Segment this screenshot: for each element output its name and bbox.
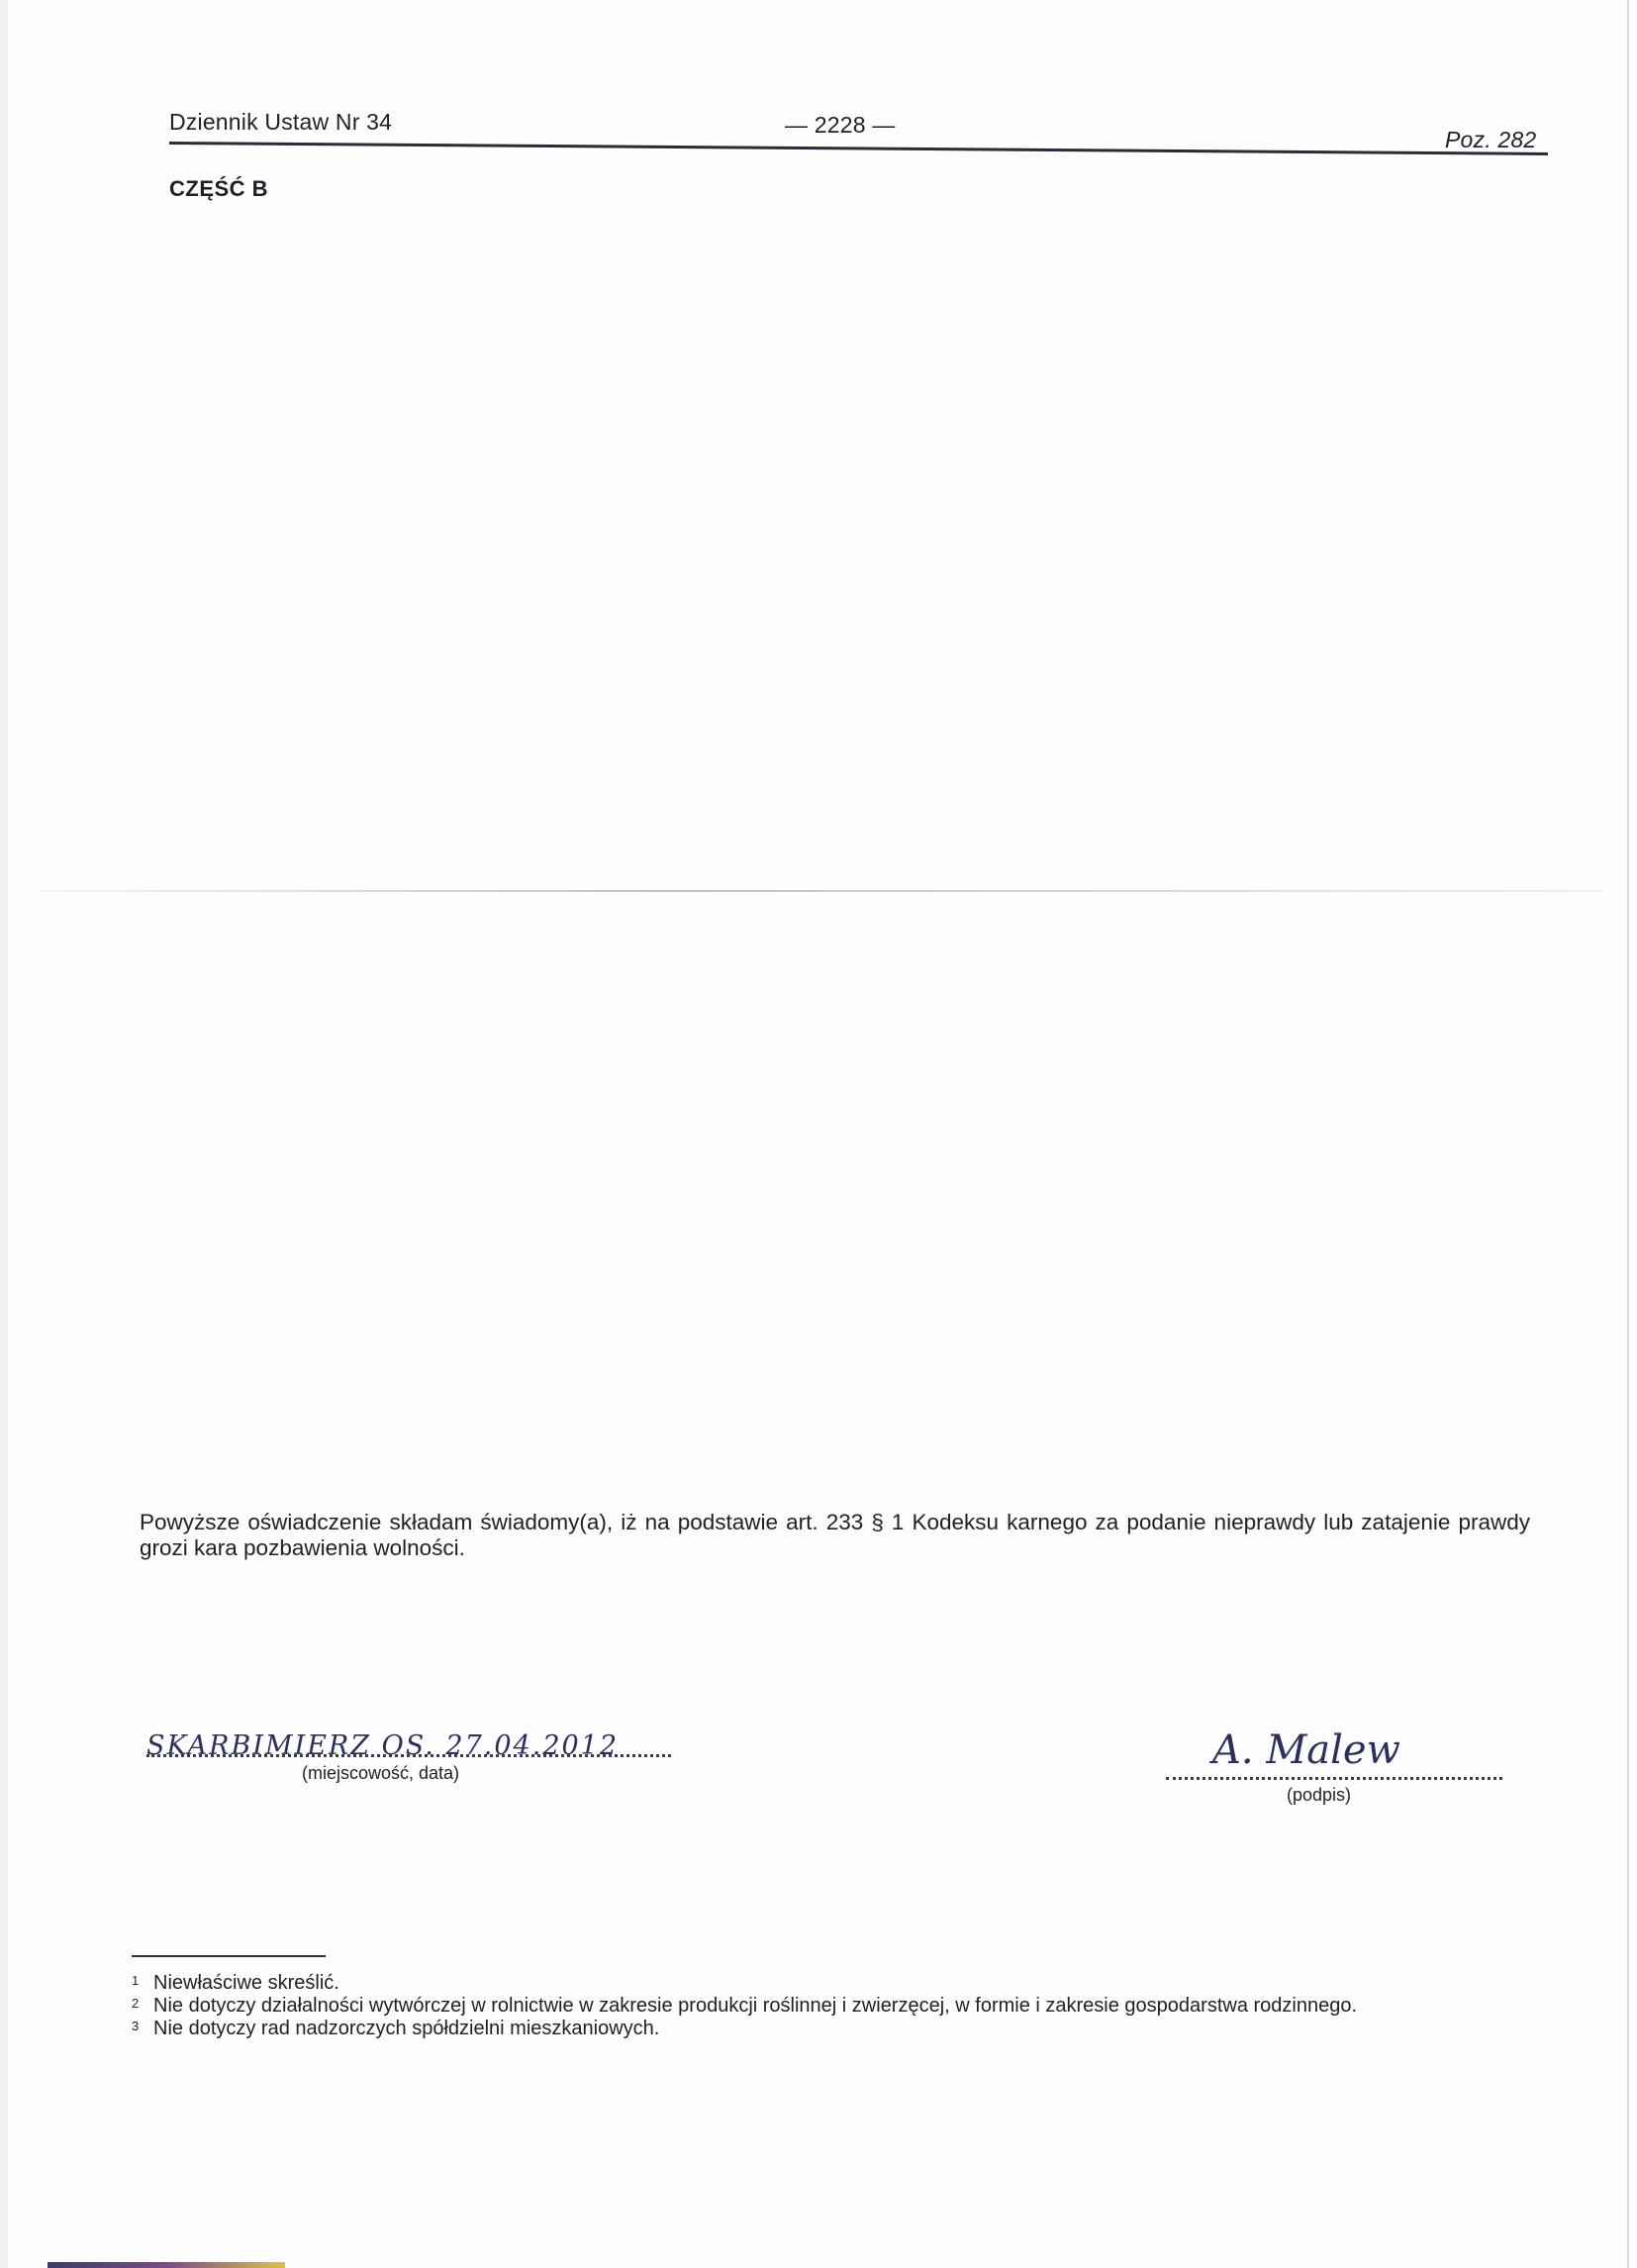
scan-fold-line (40, 890, 1603, 892)
place-date-label: (miejscowość, data) (302, 1763, 459, 1784)
footnote: 3Nie dotyczy rad nadzorczych spółdzielni… (132, 2018, 1517, 2040)
footnote-mark: 1 (132, 1969, 139, 1992)
footnote: 2Nie dotyczy działalności wytwórczej w r… (132, 1995, 1517, 2018)
footnote-text: Nie dotyczy rad nadzorczych spółdzielni … (153, 2018, 659, 2039)
footnote-rule (132, 1955, 326, 1957)
scan-bottom-mark (48, 2262, 285, 2268)
footnote-text: Nie dotyczy działalności wytwórczej w ro… (153, 1995, 1357, 2017)
section-title: CZĘŚĆ B (169, 176, 268, 202)
scan-edge-left (0, 0, 8, 2268)
signature-handwriting: A. Malew (1212, 1727, 1400, 1773)
page-number: — 2228 — (785, 112, 896, 139)
footnotes: 1Niewłaściwe skreślić. 2Nie dotyczy dzia… (132, 1972, 1517, 2040)
position-number: Poz. 282 (1445, 127, 1536, 153)
place-date-dotted-line (146, 1754, 671, 1757)
declaration-text: Powyższe oświadczenie składam świadomy(a… (140, 1510, 1530, 1561)
signature-label: (podpis) (1287, 1785, 1351, 1806)
header-rule (169, 142, 1548, 155)
footnote-mark: 3 (132, 2015, 139, 2037)
publication-title: Dziennik Ustaw Nr 34 (169, 109, 392, 136)
footnote-mark: 2 (132, 1992, 139, 2015)
footnote-text: Niewłaściwe skreślić. (153, 1972, 339, 1994)
footnote: 1Niewłaściwe skreślić. (132, 1972, 1517, 1995)
signature-dotted-line (1166, 1777, 1502, 1780)
scan-edge-right (1627, 0, 1629, 2268)
